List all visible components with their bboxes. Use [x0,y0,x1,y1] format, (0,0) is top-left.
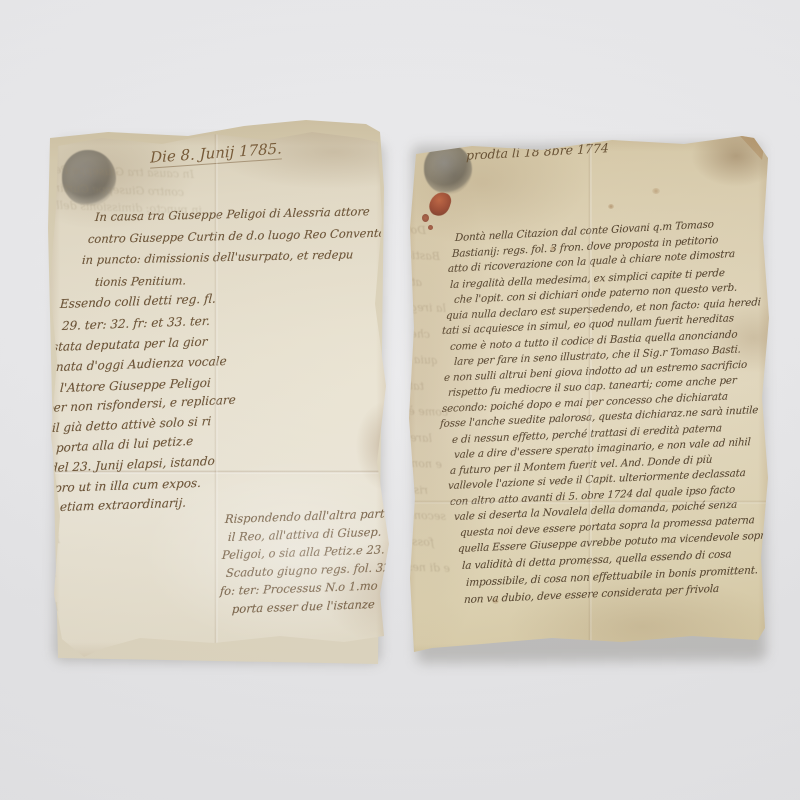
handwritten-line: del 23. Junij elapsi, istando [50,454,215,475]
foxing-spot [608,204,614,209]
handwritten-line: l'Attore Giuseppe Peligoi [60,376,212,395]
handwritten-line: Scaduto giugno regs. fol. 32. [226,560,395,580]
red-wax-dot [428,225,433,230]
left-date-heading: Die 8. Junij 1785. [150,139,282,168]
handwritten-line: Essendo colli detti reg. fl. [60,292,217,311]
handwritten-line: in puncto: dimissionis dell'usurpato, et… [82,247,354,267]
handwritten-line: pro ut in illa cum expos. [54,476,202,495]
handwritten-line: contro Giuseppe Curtin de d.o luogo Reo … [88,226,386,246]
handwritten-line: etiam extraordinarij. [60,496,187,514]
handwritten-line: 29. ter: 32. fr: et 33. ter. [62,314,211,333]
handwritten-line: fo: ter: Processus N.o 1.mo ap, [220,578,400,598]
handwritten-line: porta alla di lui petiz.e [56,434,194,455]
ink-bleedthrough-line: nata d'oggi Audienza vocale [0,579,48,597]
red-wax-dot [422,214,429,222]
ink-bleedthrough-line: Essendo colli detti reg. fl. [0,528,60,546]
handwritten-line: porta esser due l'istanze [232,597,376,616]
right-manuscript: prodta li 18 8bre 1774 Dontà nella Citaz… [402,128,772,660]
handwritten-line: per non risfondersi, e replicare [46,393,236,415]
handwritten-line: il già detto attivè solo si ri [52,414,212,435]
handwritten-line: il Reo, all'attiva di Giusep. [228,525,382,544]
handwritten-line: Peligoi, o sia alla Petiz.e 23. [222,542,385,562]
left-manuscript: Die 8. Junij 1785. In causa tra Giuseppe… [44,124,390,660]
ink-bleedthrough-line: stata deputata per la gior [0,562,56,580]
ink-bleedthrough-line: per non risfondersi, e replicare [0,612,52,631]
handwritten-line: nata d'oggi Audienza vocale [56,354,227,374]
photograph-of-two-manuscripts: Die 8. Junij 1785. In causa tra Giuseppe… [0,0,800,800]
paper-crease [214,124,218,660]
handwritten-line: stata deputata per la gior [52,335,208,354]
ink-bleedthrough-line: l'Attore Giuseppe Peligoi [0,596,58,614]
ink-bleedthrough-line: il già detto attivè solo si ri [0,630,60,648]
ink-bleedthrough-line: 29. ter: 32. fr: et 33. ter. [0,545,50,563]
foxing-spot [652,188,660,194]
ink-bleedthrough-line: tionis Penitium. [0,513,54,529]
folded-corner [740,134,768,162]
handwritten-line: tionis Penitium. [95,273,187,289]
handwritten-line: Rispondendo dall'altra parte [225,506,392,526]
